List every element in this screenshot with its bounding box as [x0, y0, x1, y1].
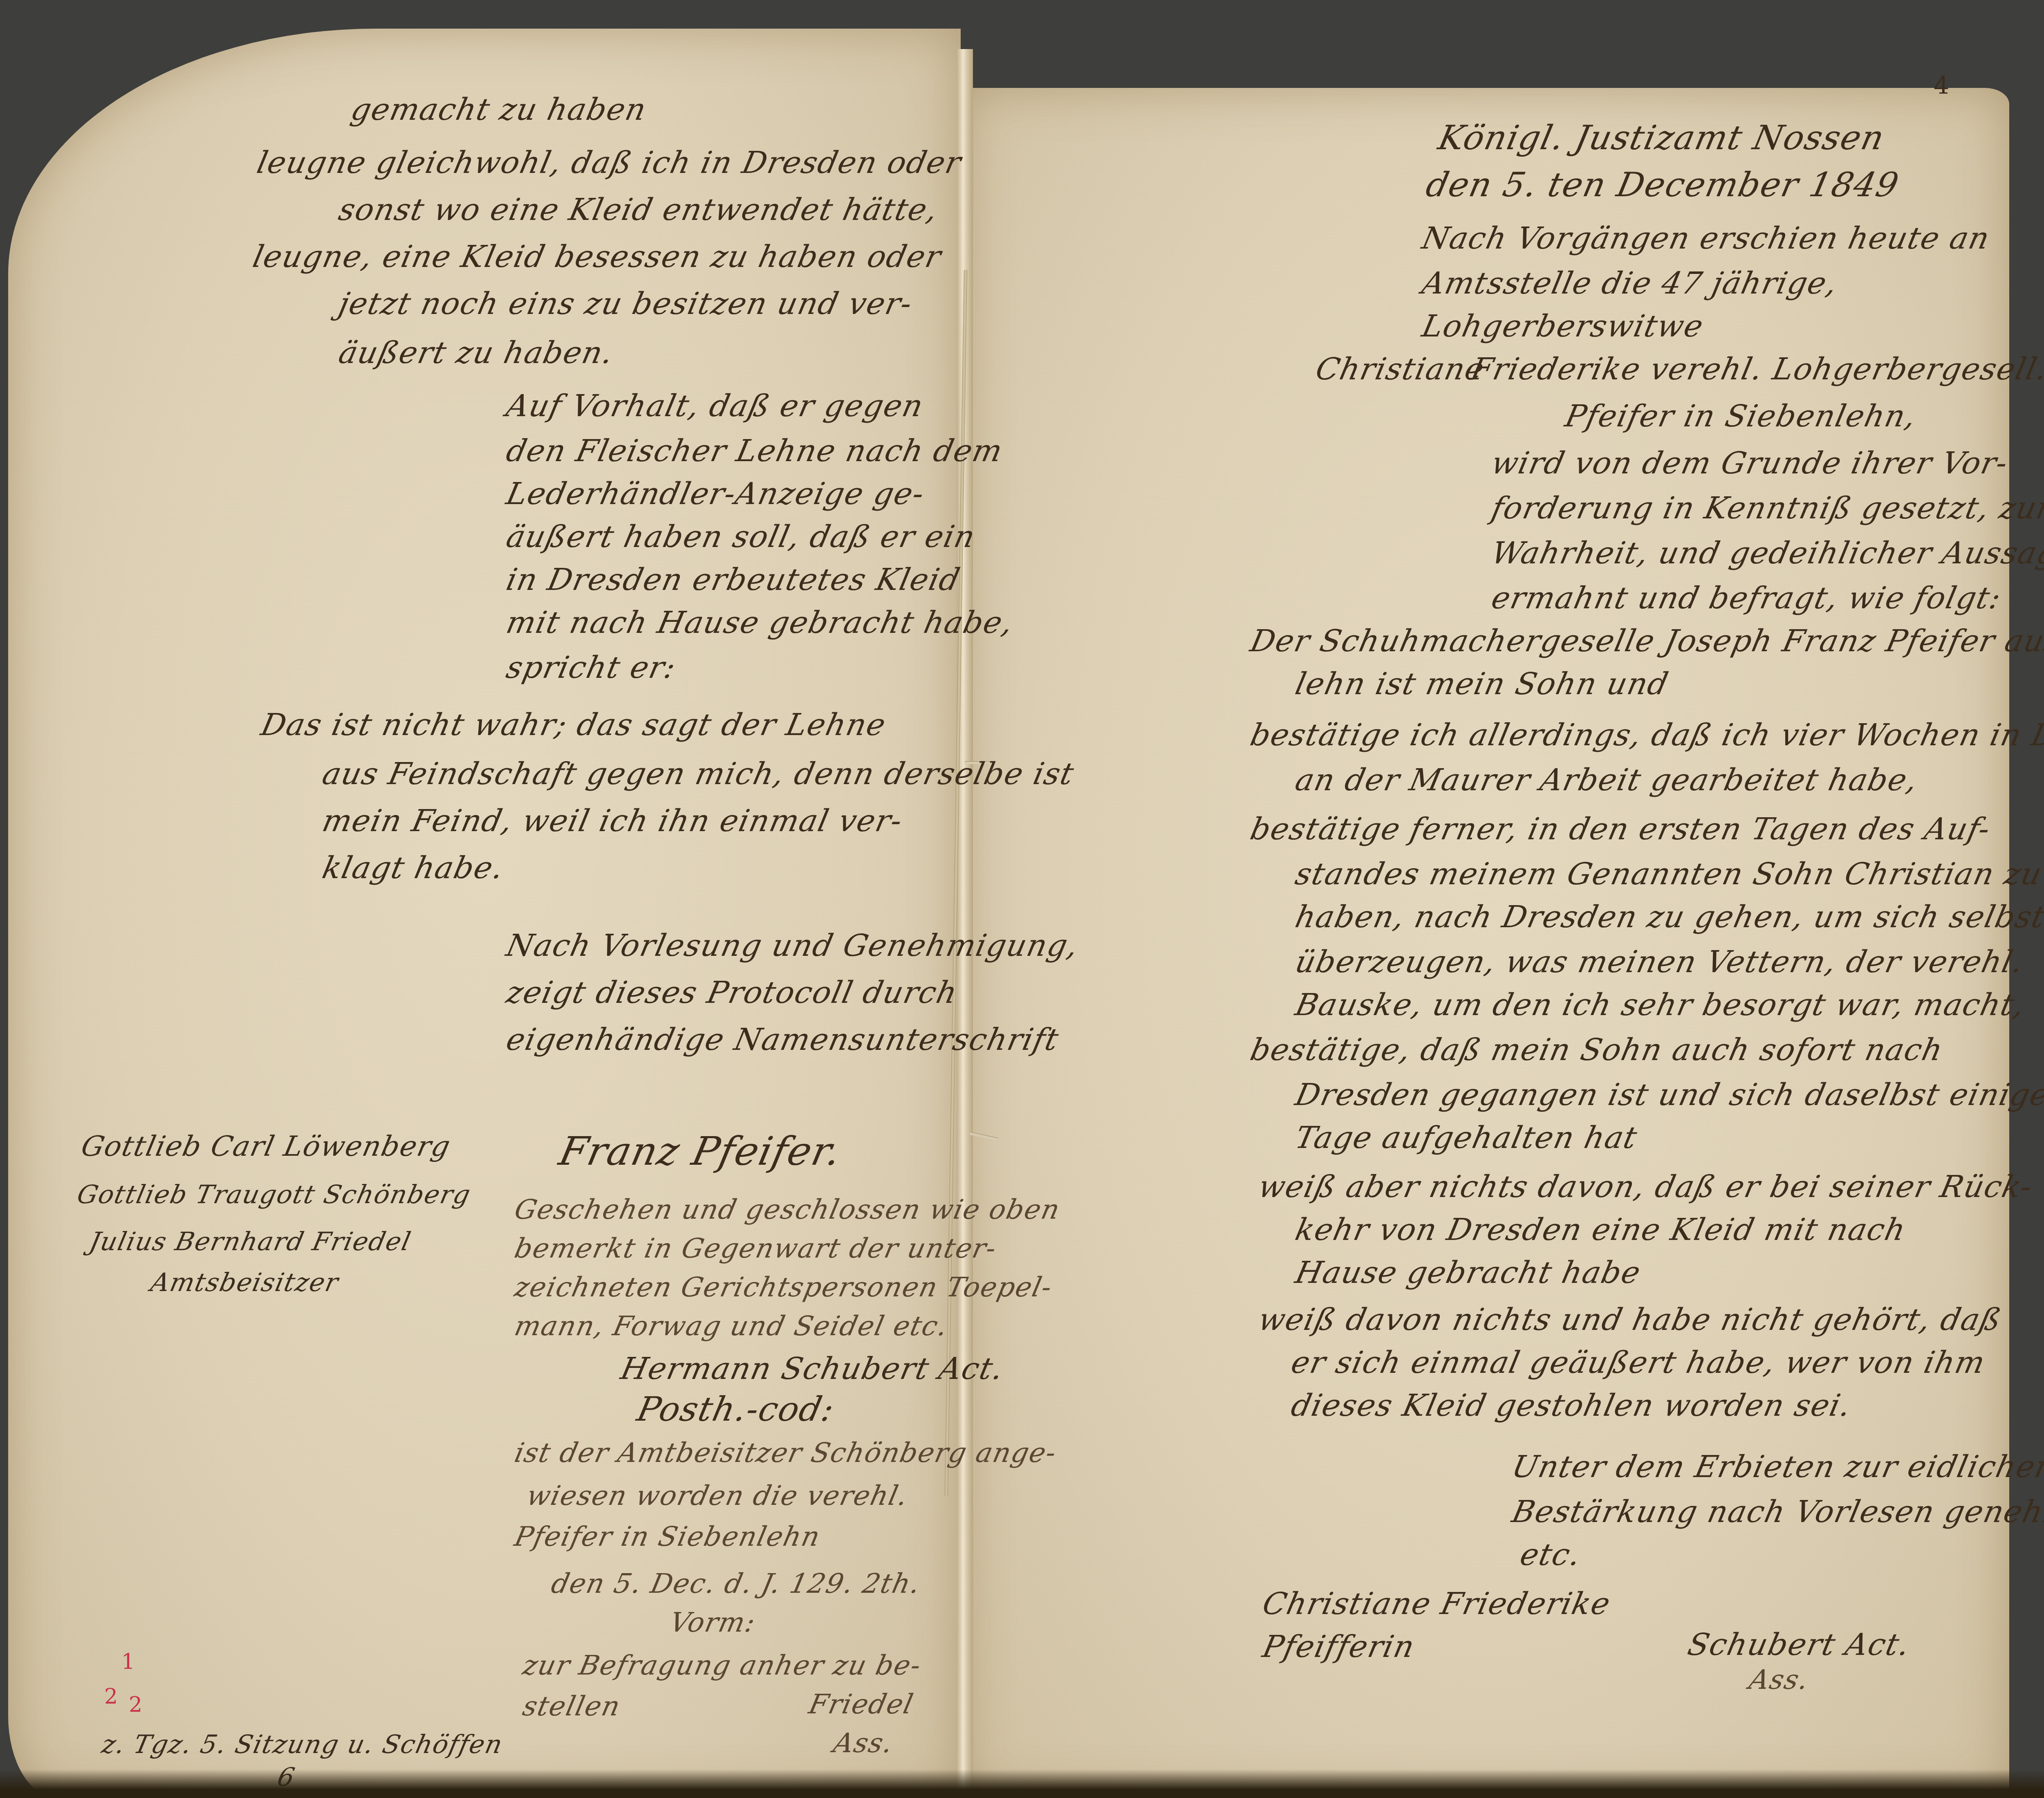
- attestation-line: mann, Forwag und Seidel etc.: [512, 1310, 951, 1342]
- signature-franz-pfeifer: Franz Pfeifer.: [555, 1128, 845, 1174]
- intro-line: Nach Vorgängen erschien heute an: [1419, 221, 1993, 256]
- left-body-line: jetzt noch eins zu besitzen und ver-: [336, 286, 916, 321]
- date-heading: den 5. ten December 1849: [1423, 166, 1903, 204]
- page-bottom-edge: [0, 1769, 2044, 1798]
- margin-signature: Amtsbeisitzer: [148, 1267, 342, 1297]
- testimony-line: Hause gebracht habe: [1292, 1255, 1644, 1290]
- left-body-line: gemacht zu haben: [348, 92, 650, 127]
- postscript-signature: Friedel: [806, 1688, 917, 1720]
- closing-line: eigenhändige Namensunterschrift: [503, 1022, 1062, 1057]
- postscript-line: stellen: [520, 1690, 624, 1722]
- answer-line: aus Feindschaft gegen mich, denn derselb…: [319, 756, 1078, 791]
- attestation-line: Geschehen und geschlossen wie oben: [512, 1194, 1063, 1225]
- testimony-line: bestätige ferner, in den ersten Tagen de…: [1247, 812, 1994, 847]
- closing-line: Unter dem Erbieten zur eidlichen: [1509, 1449, 2044, 1484]
- vorhalt-line: spricht er:: [503, 650, 679, 685]
- testimony-line: überzeugen, was meinen Vettern, der vere…: [1292, 944, 2027, 980]
- postscript-line: Vorm:: [667, 1607, 759, 1638]
- right-page: [963, 88, 2009, 1798]
- closing-line: zeigt dieses Protocoll durch: [503, 975, 961, 1010]
- vorhalt-line: mit nach Hause gebracht habe,: [503, 605, 1017, 640]
- witness-signature: Pfeifferin: [1260, 1629, 1418, 1664]
- testimony-line: kehr von Dresden eine Kleid mit nach: [1292, 1212, 1910, 1247]
- witness-line: Wahrheit, und gedeihlicher Aussage: [1488, 536, 2044, 571]
- intro-line: Amtsstelle die 47 jährige,: [1419, 266, 1841, 301]
- answer-line: mein Feind, weil ich ihn einmal ver-: [319, 803, 906, 838]
- testimony-line: lehn ist mein Sohn und: [1292, 666, 1672, 702]
- postscript-line: zur Befragung anher zu be-: [520, 1650, 924, 1681]
- margin-signature: Gottlieb Traugott Schönberg: [74, 1179, 473, 1209]
- left-body-line: sonst wo eine Kleid entwendet hätte,: [336, 192, 941, 227]
- archival-mark: 2: [104, 1684, 119, 1709]
- page-number: 4: [1934, 72, 1950, 100]
- testimony-line: Tage aufgehalten hat: [1292, 1120, 1641, 1155]
- attestation-line: bemerkt in Gegenwart der unter-: [512, 1233, 1000, 1264]
- closing-line: Nach Vorlesung und Genehmigung,: [503, 928, 1082, 963]
- witness-line: wird von dem Grunde ihrer Vor-: [1488, 446, 2011, 481]
- vorhalt-line: Auf Vorhalt, daß er gegen: [503, 388, 927, 424]
- left-body-line: leugne, eine Kleid besessen zu haben ode…: [250, 239, 945, 274]
- testimony-line: Dresden gegangen ist und sich daselbst e…: [1292, 1077, 2044, 1112]
- court-heading: Königl. Justizamt Nossen: [1435, 119, 1888, 157]
- postscript-heading: Posth.-cod:: [634, 1390, 838, 1429]
- testimony-line: weiß aber nichts davon, daß er bei seine…: [1255, 1169, 2036, 1204]
- witness-line: ermahnt und befragt, wie folgt:: [1488, 581, 2005, 616]
- witness-line: Pfeifer in Siebenlehn,: [1562, 399, 1920, 434]
- witness-signature: Christiane Friederike: [1260, 1586, 1614, 1621]
- vorhalt-line: in Dresden erbeutetes Kleid: [503, 562, 964, 597]
- actuary-signature: Hermann Schubert Act.: [618, 1351, 1007, 1386]
- answer-line: Das ist nicht wahr; das sagt der Lehne: [258, 707, 890, 742]
- closing-line: Bestärkung nach Vorlesen genehmigt: [1509, 1494, 2044, 1529]
- testimony-line: bestätige ich allerdings, daß ich vier W…: [1247, 717, 2044, 753]
- testimony-line: standes meinem Genannten Sohn Christian …: [1292, 856, 2044, 892]
- actuary-signature: Schubert Act.: [1685, 1627, 1914, 1662]
- assessor-mark: Ass.: [1746, 1664, 1812, 1695]
- postscript-line: wiesen worden die verehl.: [524, 1480, 911, 1511]
- vorhalt-line: den Fleischer Lehne nach dem: [503, 433, 1006, 469]
- witness-line: forderung in Kenntniß gesetzt, zur: [1488, 491, 2044, 526]
- testimony-line: dieses Kleid gestohlen worden sei.: [1288, 1388, 1855, 1423]
- answer-line: klagt habe.: [319, 850, 507, 886]
- testimony-line: haben, nach Dresden zu gehen, um sich se…: [1292, 899, 2044, 935]
- margin-signature: Julius Bernhard Friedel: [87, 1226, 414, 1256]
- margin-signature: Gottlieb Carl Löwenberg: [78, 1130, 454, 1163]
- left-body-line: leugne gleichwohl, daß ich in Dresden od…: [254, 145, 965, 180]
- witness-first-name: Christiane: [1313, 352, 1488, 387]
- vorhalt-line: Lederhändler-Anzeige ge-: [503, 476, 928, 511]
- testimony-line: bestätige, daß mein Sohn auch sofort nac…: [1247, 1032, 1947, 1067]
- testimony-line: an der Maurer Arbeit gearbeitet habe,: [1292, 762, 1921, 798]
- intro-line: Lohgerberswitwe: [1419, 309, 1707, 344]
- postscript-signature-suffix: Ass.: [831, 1727, 896, 1759]
- testimony-line: er sich einmal geäußert habe, wer von ih…: [1288, 1345, 1989, 1380]
- postscript-line: den 5. Dec. d. J. 129. 2th.: [549, 1568, 923, 1599]
- closing-line: etc.: [1517, 1537, 1585, 1572]
- archival-mark: 1: [121, 1650, 136, 1674]
- postscript-line: ist der Amtbeisitzer Schönberg ange-: [512, 1437, 1060, 1468]
- witness-line: Friederike verehl. Lohgerbergesell.: [1468, 352, 2044, 387]
- archival-mark: 2: [129, 1693, 143, 1717]
- testimony-line: weiß davon nichts und habe nicht gehört,…: [1255, 1302, 2005, 1337]
- left-body-line: äußert zu haben.: [336, 335, 617, 370]
- bottom-note: z. Tgz. 5. Sitzung u. Schöffen: [99, 1729, 506, 1759]
- postscript-line: Pfeifer in Siebenlehn: [512, 1521, 823, 1552]
- attestation-line: zeichneten Gerichtspersonen Toepel-: [512, 1271, 1056, 1303]
- testimony-line: Bauske, um den ich sehr besorgt war, mac…: [1292, 987, 2028, 1022]
- vorhalt-line: äußert haben soll, daß er ein: [503, 519, 979, 554]
- testimony-line: Der Schuhmachergeselle Joseph Franz Pfei…: [1247, 623, 2044, 659]
